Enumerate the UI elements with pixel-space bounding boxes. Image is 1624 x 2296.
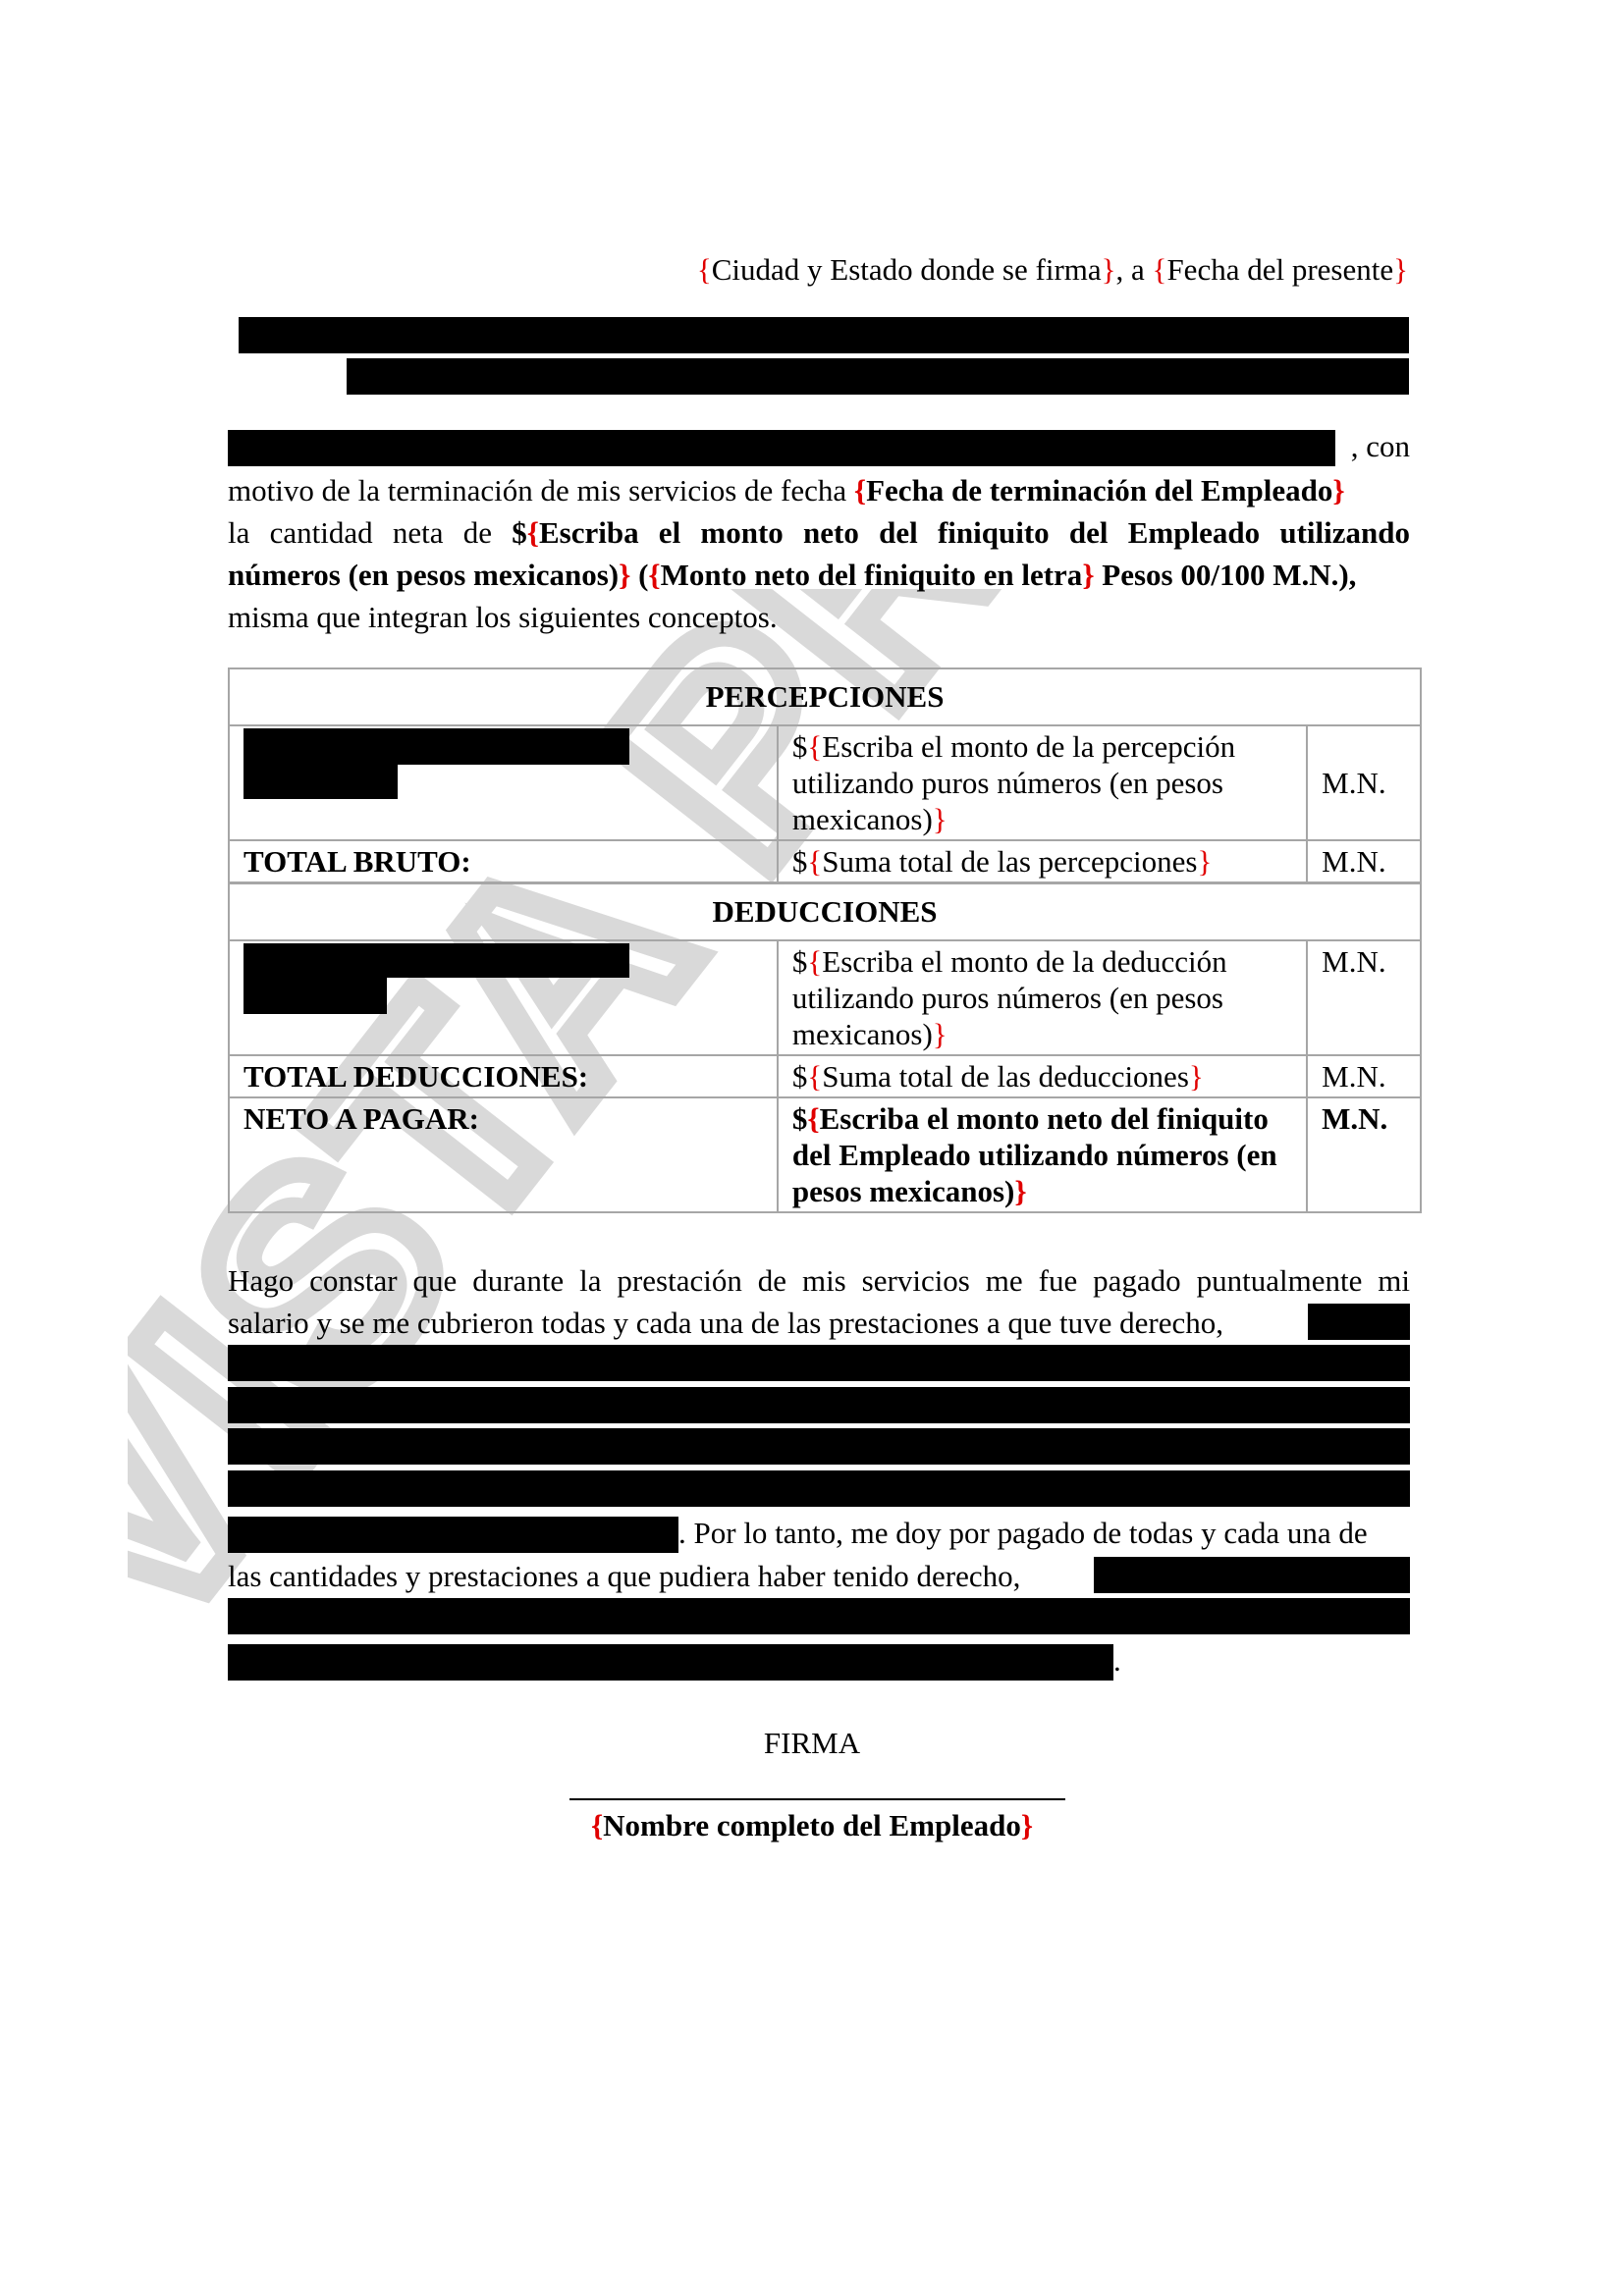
brace-open: { [807, 944, 822, 979]
redacted-block [228, 430, 1335, 466]
brace-open: { [697, 252, 712, 287]
intro-line-2: motivo de la terminación de mis servicio… [228, 471, 1410, 510]
body-line-1: Hago constar que durante la prestación d… [228, 1261, 1410, 1301]
percepcion-concept-cell [229, 725, 778, 840]
table-row: PERCEPCIONES [229, 668, 1421, 725]
redacted-block [228, 1387, 1410, 1423]
currency-cell: M.N. [1307, 840, 1421, 883]
body-text: Hago constar que durante la prestación d… [228, 1263, 1410, 1298]
currency-symbol: $ [512, 515, 527, 550]
brace-close: } [1021, 1808, 1033, 1842]
brace-open: { [527, 515, 539, 550]
deduccion-amount-placeholder[interactable]: Escriba el monto de la deducción utiliza… [792, 944, 1227, 1051]
redacted-block [244, 978, 387, 1014]
employee-name-placeholder[interactable]: Nombre completo del Empleado [603, 1808, 1021, 1842]
table-row: NETO A PAGAR: ${Escriba el monto neto de… [229, 1097, 1421, 1212]
intro-line-5: misma que integran los siguientes concep… [228, 598, 1410, 637]
brace-close: } [1014, 1174, 1026, 1208]
paren-text: ( [630, 558, 648, 592]
brace-open: { [807, 729, 822, 764]
redacted-block [239, 317, 1409, 353]
document-page: VISTA PREVIA {Ciudad y Estado donde se f… [0, 0, 1624, 2296]
signature-line [569, 1798, 1065, 1800]
signature-label: FIRMA [0, 1724, 1624, 1763]
termination-date-placeholder[interactable]: Fecha de terminación del Empleado [866, 473, 1332, 507]
redacted-block [228, 1644, 1113, 1681]
intro-line-4: números (en pesos mexicanos)} ({Monto ne… [228, 556, 1410, 595]
currency-cell: M.N. [1307, 1097, 1421, 1212]
brace-open: { [807, 844, 822, 879]
body-text: las cantidades y prestaciones a que pudi… [228, 1559, 1020, 1593]
amount-suffix: Pesos 00/100 M.N.), [1095, 558, 1357, 592]
body-line-2: salario y se me cubrieron todas y cada u… [228, 1304, 1410, 1343]
deducciones-header: DEDUCCIONES [229, 883, 1421, 941]
net-amount-placeholder[interactable]: Escriba el monto neto del finiquito del … [539, 515, 1410, 550]
brace-open: { [807, 1059, 822, 1094]
table-row: ${Escriba el monto de la deducción utili… [229, 940, 1421, 1055]
total-deducciones-cell[interactable]: ${Suma total de las deducciones} [778, 1055, 1307, 1097]
percepcion-amount-placeholder[interactable]: Escriba el monto de la percepción utiliz… [792, 729, 1235, 836]
total-bruto-cell[interactable]: ${Suma total de las percepciones} [778, 840, 1307, 883]
redacted-block [1308, 1304, 1410, 1340]
brace-close: } [1197, 844, 1212, 879]
brace-open: { [807, 1101, 819, 1136]
intro-line-1: , con [228, 427, 1410, 466]
brace-close: } [933, 1017, 947, 1051]
brace-close: } [1393, 252, 1408, 287]
amount-in-words-placeholder[interactable]: Monto neto del finiquito en letra [661, 558, 1083, 592]
redacted-block [228, 1517, 678, 1553]
table-row: TOTAL BRUTO: ${Suma total de las percepc… [229, 840, 1421, 883]
connector-text: , a [1116, 252, 1153, 287]
currency-symbol: $ [792, 1101, 808, 1136]
redacted-block [244, 765, 398, 799]
brace-open: { [1153, 252, 1167, 287]
intro-tail-text: , con [1351, 427, 1410, 466]
total-bruto-label: TOTAL BRUTO: [229, 840, 778, 883]
body-line-7: . Por lo tanto, me doy por pagado de tod… [228, 1514, 1410, 1553]
intro-text: motivo de la terminación de mis servicio… [228, 473, 854, 507]
currency-cell: M.N. [1307, 725, 1421, 840]
redacted-block [228, 1428, 1410, 1465]
total-deducciones-label: TOTAL DEDUCCIONES: [229, 1055, 778, 1097]
percepcion-amount-cell[interactable]: ${Escriba el monto de la percepción util… [778, 725, 1307, 840]
intro-line-3: la cantidad neta de ${Escriba el monto n… [228, 513, 1410, 553]
body-text: salario y se me cubrieron todas y cada u… [228, 1306, 1223, 1340]
currency-symbol: $ [792, 944, 808, 979]
settlement-table: PERCEPCIONES ${Escriba el monto de la pe… [228, 667, 1422, 1213]
net-amount-placeholder-cont[interactable]: números (en pesos mexicanos) [228, 558, 619, 592]
brace-open: { [591, 1808, 603, 1842]
signature-name: {Nombre completo del Empleado} [0, 1806, 1624, 1845]
redacted-block [228, 1470, 1410, 1507]
date-placeholder[interactable]: Fecha del presente [1166, 252, 1393, 287]
table-row: TOTAL DEDUCCIONES: ${Suma total de las d… [229, 1055, 1421, 1097]
table-row: ${Escriba el monto de la percepción util… [229, 725, 1421, 840]
currency-symbol: $ [792, 729, 808, 764]
neto-placeholder[interactable]: Escriba el monto neto del finiquito del … [792, 1101, 1277, 1208]
brace-close: } [619, 558, 630, 592]
brace-close: } [1082, 558, 1094, 592]
total-bruto-placeholder[interactable]: Suma total de las percepciones [822, 844, 1197, 879]
redacted-block [1094, 1557, 1410, 1593]
deduccion-concept-cell [229, 940, 778, 1055]
currency-symbol: $ [792, 1059, 808, 1094]
place-date-line: {Ciudad y Estado donde se firma}, a {Fec… [697, 250, 1408, 290]
brace-close: } [1189, 1059, 1204, 1094]
body-line-8: las cantidades y prestaciones a que pudi… [228, 1557, 1410, 1596]
percepciones-header: PERCEPCIONES [229, 668, 1421, 725]
redacted-block [244, 943, 629, 978]
currency-cell: M.N. [1307, 940, 1421, 1055]
body-text: . [1113, 1643, 1121, 1678]
redacted-block [228, 1345, 1410, 1381]
deduccion-amount-cell[interactable]: ${Escriba el monto de la deducción utili… [778, 940, 1307, 1055]
body-line-10: . [228, 1641, 1410, 1681]
brace-open: { [648, 558, 660, 592]
body-text: . Por lo tanto, me doy por pagado de tod… [678, 1516, 1368, 1550]
currency-cell: M.N. [1307, 1055, 1421, 1097]
brace-close: } [933, 802, 947, 836]
brace-close: } [1102, 252, 1116, 287]
currency-symbol: $ [792, 844, 808, 879]
brace-open: { [854, 473, 866, 507]
total-deducciones-placeholder[interactable]: Suma total de las deducciones [822, 1059, 1189, 1094]
brace-close: } [1332, 473, 1344, 507]
intro-text: la cantidad neta de [228, 515, 512, 550]
city-placeholder[interactable]: Ciudad y Estado donde se firma [712, 252, 1102, 287]
redacted-block [228, 1598, 1410, 1634]
neto-label: NETO A PAGAR: [229, 1097, 778, 1212]
table-row: DEDUCCIONES [229, 883, 1421, 941]
redacted-block [244, 728, 629, 765]
redacted-block [347, 358, 1409, 395]
neto-cell[interactable]: ${Escriba el monto neto del finiquito de… [778, 1097, 1307, 1212]
intro-text: misma que integran los siguientes concep… [228, 600, 778, 634]
